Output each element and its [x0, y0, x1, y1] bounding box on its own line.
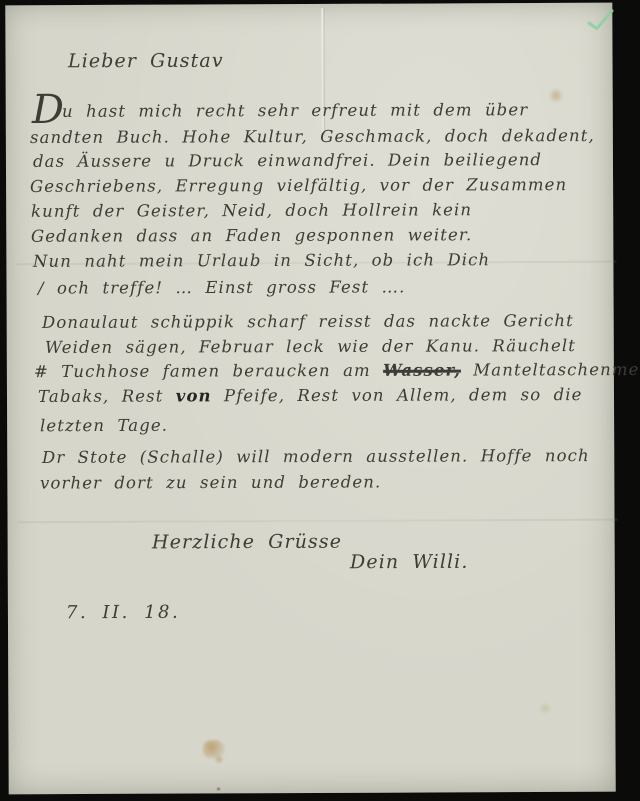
scanned-letter-page: Lieber Gustav D u hast mich recht sehr e… — [0, 0, 640, 801]
letter-line: / och treffe! … Einst gross Fest …. — [38, 277, 406, 298]
line-segment: # Tuchhose famen beraucken am — [34, 361, 383, 381]
crossed-out-word: Wasser, — [383, 361, 461, 380]
letter-line: das Äussere u Druck einwandfrei. Dein be… — [33, 150, 542, 172]
letter-line: kunft der Geister, Neid, doch Hollrein k… — [31, 200, 472, 221]
letter-greeting: Lieber Gustav — [68, 50, 224, 73]
letter-line: vorher dort zu sein und bereden. — [40, 472, 381, 493]
letter-line: Weiden sägen, Februar leck wie der Kanu.… — [45, 336, 576, 358]
letter-line-with-strikethrough: # Tuchhose famen beraucken am Wasser, Ma… — [34, 360, 640, 382]
letter-line: Dr Stote (Schalle) will modern ausstelle… — [42, 446, 590, 468]
horizontal-fold-crease — [18, 519, 618, 524]
letter-line: Gedanken dass an Faden gesponnen weiter. — [31, 225, 472, 246]
letter-line: Nun naht mein Urlaub in Sicht, ob ich Di… — [33, 250, 490, 271]
letter-line: u hast mich recht sehr erfreut mit dem ü… — [62, 100, 528, 121]
letter-line: sandten Buch. Hohe Kultur, Geschmack, do… — [30, 126, 595, 148]
drop-cap-initial: D — [32, 86, 64, 134]
signature: Dein Willi. — [350, 551, 469, 574]
foxing-stain — [548, 88, 564, 103]
overwritten-word: von — [176, 386, 212, 405]
letter-line-with-overwrite: Tabaks, Rest von Pfeife, Rest von Allem,… — [38, 385, 583, 407]
line-segment: Pfeife, Rest von Allem, dem so die — [212, 385, 583, 405]
letter-line: Donaulaut schüppik scharf reisst das nac… — [42, 311, 574, 333]
foxing-stain — [214, 755, 224, 764]
closing-salutation: Herzliche Grüsse — [152, 531, 342, 554]
line-segment: Manteltaschenmehl — [461, 360, 640, 380]
letter-date: 7. II. 18. — [66, 602, 180, 624]
line-segment: Tabaks, Rest — [38, 386, 176, 405]
ink-speck — [216, 787, 221, 791]
letter-line: letzten Tage. — [40, 416, 168, 436]
foxing-stain — [538, 703, 552, 714]
letter-line: Geschriebens, Erregung vielfältig, vor d… — [30, 175, 567, 197]
green-checkmark-icon — [584, 7, 618, 34]
